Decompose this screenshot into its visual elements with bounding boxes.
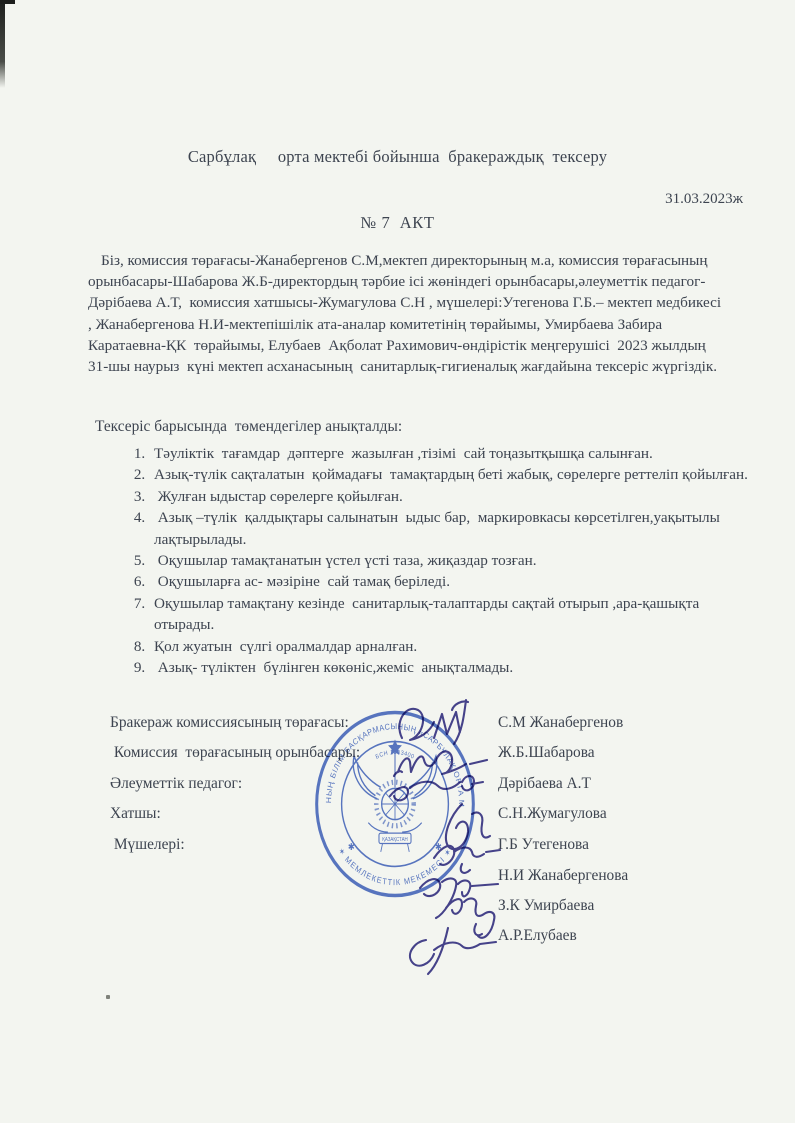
signature-zhanabergenov-sm: [399, 700, 468, 744]
scanned-document-page: Сарбұлақ орта мектебі бойынша бракеражды…: [0, 0, 795, 1123]
signature-label: Мүшелері:: [110, 836, 185, 853]
signature-umirbaeva: [446, 899, 494, 938]
signature-yelubaev: [410, 928, 496, 974]
intro-paragraph: Біз, комиссия төрағасы-Жанабергенов С.М,…: [88, 250, 722, 377]
signature-daribaeva: [390, 776, 483, 800]
finding-item: Азық-түлік сақталатын қоймадағы тамақтар…: [149, 464, 755, 485]
document-title: Сарбұлақ орта мектебі бойынша бракеражды…: [0, 147, 795, 167]
document-date: 31.03.2023ж: [665, 191, 743, 208]
finding-item: Оқушыларға ас- мәзіріне сай тамақ беріле…: [149, 571, 755, 592]
act-number: № 7 АКТ: [0, 213, 795, 233]
signature-label: Хатшы:: [110, 805, 161, 822]
finding-item: Азық- түліктен бүлінген көкөніс,жеміс ан…: [149, 657, 755, 678]
scan-artifact-corner-vertical: [0, 0, 5, 88]
findings-heading: Тексеріс барысында төмендегілер анықталд…: [95, 418, 402, 436]
findings-list: Тәуліктік тағамдар дәптерге жазылған ,ті…: [118, 443, 755, 678]
handwritten-signatures: [350, 688, 520, 988]
finding-item: Тәуліктік тағамдар дәптерге жазылған ,ті…: [149, 443, 755, 464]
finding-item: Оқушылар тамақтану кезінде санитарлық-та…: [149, 593, 755, 636]
finding-item: Оқушылар тамақтанатын үстел үсті таза, ж…: [149, 550, 755, 571]
signature-utegenova: [434, 846, 500, 873]
scan-artifact-dot: [106, 995, 110, 999]
signature-shabarova: [394, 751, 487, 776]
signature-label: Әлеуметтік педагог:: [110, 775, 242, 792]
finding-item: Қол жуатын сүлгі оралмалдар арналған.: [149, 636, 755, 657]
scan-artifact-corner-horizontal: [0, 0, 15, 4]
signature-zhumagulova: [446, 804, 490, 849]
finding-item: Жулған ыдыстар сөрелерге қойылған.: [149, 486, 755, 507]
finding-item: Азық –түлік қалдықтары салынатын ыдыс ба…: [149, 507, 755, 550]
